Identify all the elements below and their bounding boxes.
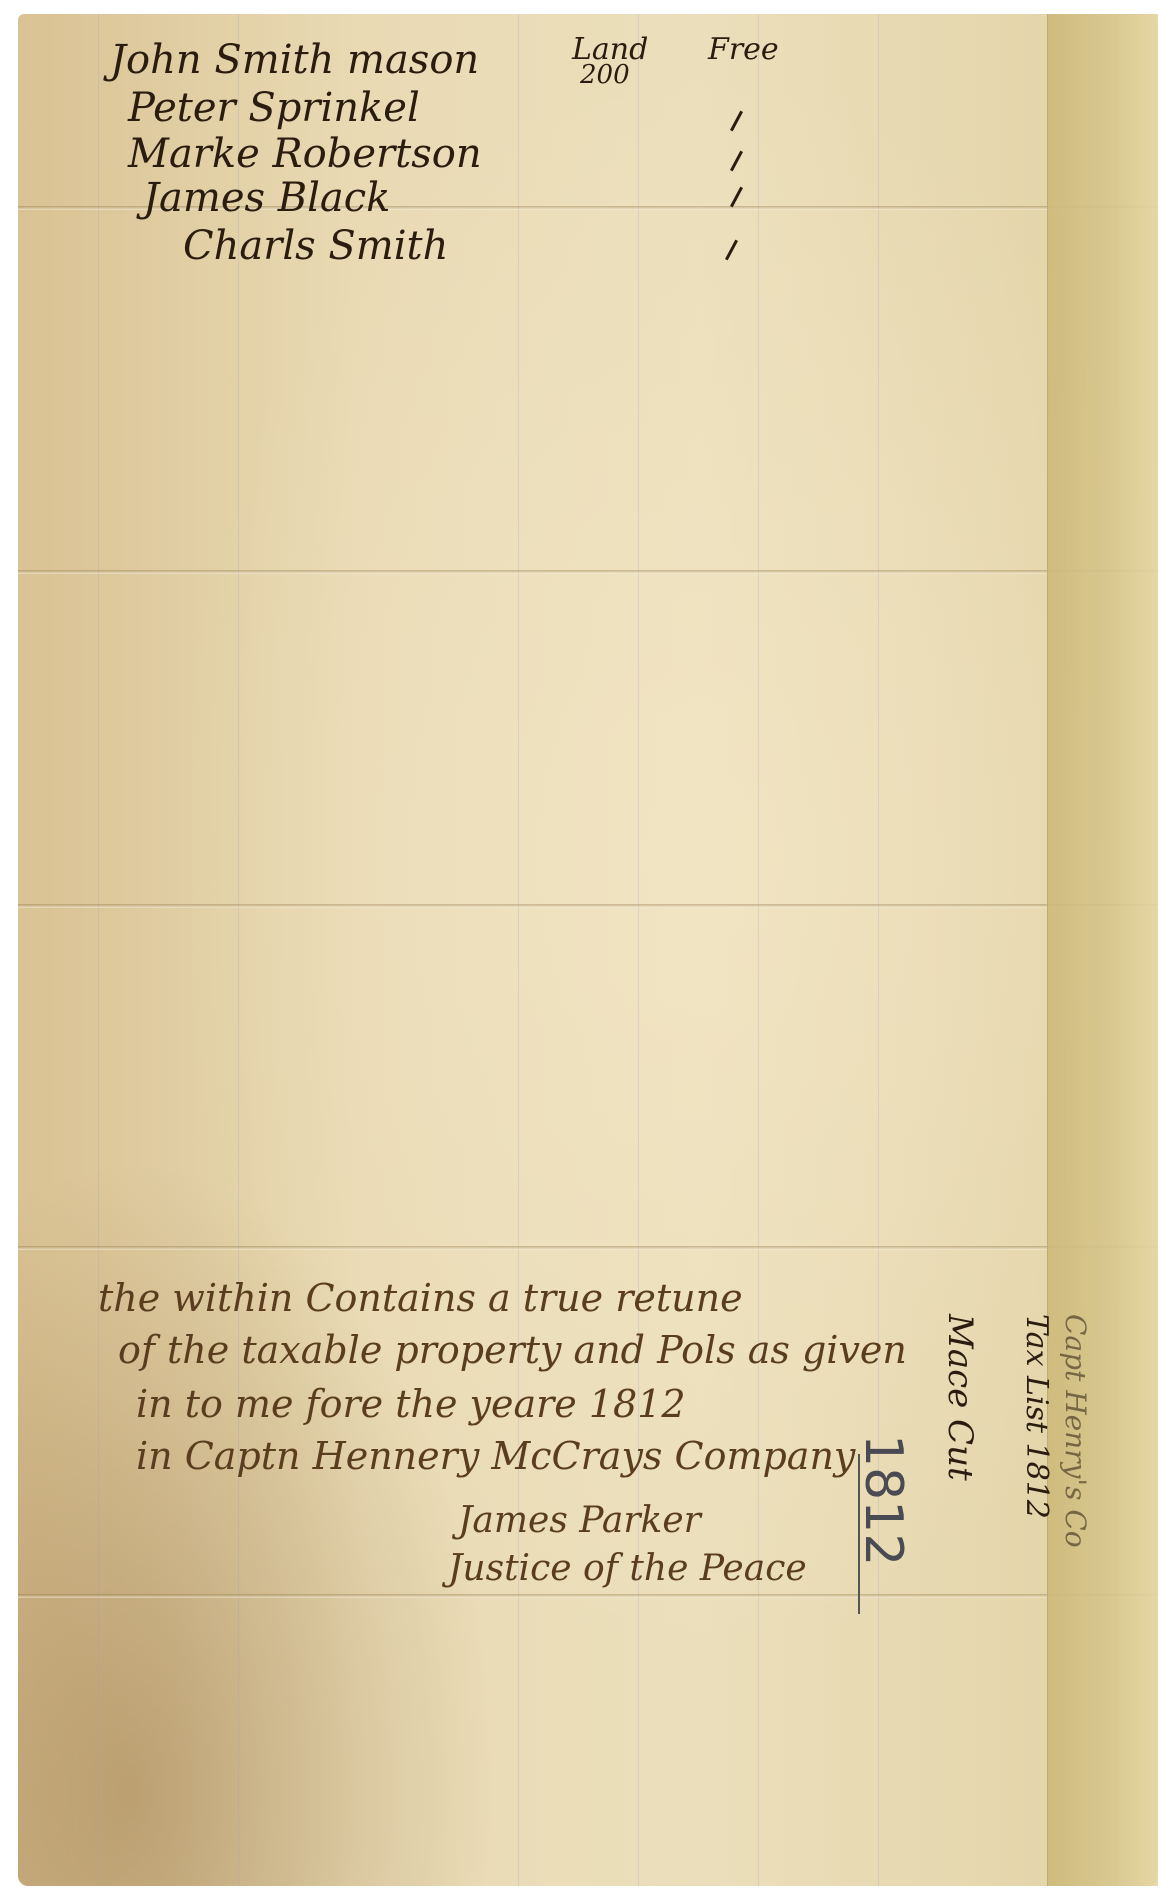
ledger-row-name: Charls Smith: [183, 224, 448, 268]
fold-line: [18, 1246, 1158, 1250]
ledger-row-name: John Smith mason: [110, 38, 479, 82]
land-subheader: 200: [580, 60, 630, 90]
tally-mark: [730, 151, 743, 172]
ruled-line: [758, 14, 759, 1886]
fold-line: [18, 570, 1158, 574]
certification-line: in Captn Hennery McCrays Company: [136, 1434, 855, 1478]
tally-mark: [725, 240, 738, 261]
free-header: Free: [708, 32, 779, 67]
docket-line: Tax List 1812: [1019, 1314, 1054, 1519]
certification-line: the within Contains a true retune: [98, 1276, 743, 1320]
repair-tape: [1047, 14, 1158, 1886]
ledger-row-name: Marke Robertson: [128, 132, 482, 176]
tally-mark: [730, 111, 743, 132]
pencil-year-note: 1812: [853, 1434, 913, 1566]
signature: James Parker: [458, 1500, 701, 1541]
ledger-row-name: Peter Sprinkel: [128, 86, 420, 130]
certification-line: in to me fore the yeare 1812: [136, 1382, 686, 1426]
fold-line: [18, 904, 1158, 908]
ruled-line: [98, 14, 99, 1886]
tally-mark: [730, 187, 743, 208]
signature-title: Justice of the Peace: [448, 1548, 807, 1589]
fold-line: [18, 1594, 1158, 1598]
ruled-line: [238, 14, 239, 1886]
ruled-line: [638, 14, 639, 1886]
document-page: Land 200 Free John Smith mason Peter Spr…: [18, 14, 1158, 1886]
docket-line: Mace Cut: [940, 1314, 980, 1481]
ruled-line: [518, 14, 519, 1886]
certification-line: of the taxable property and Pols as give…: [118, 1328, 907, 1372]
docket-line: Capt Henry's Co: [1059, 1314, 1092, 1548]
ledger-row-name: James Black: [143, 176, 390, 220]
ruled-line: [878, 14, 879, 1886]
